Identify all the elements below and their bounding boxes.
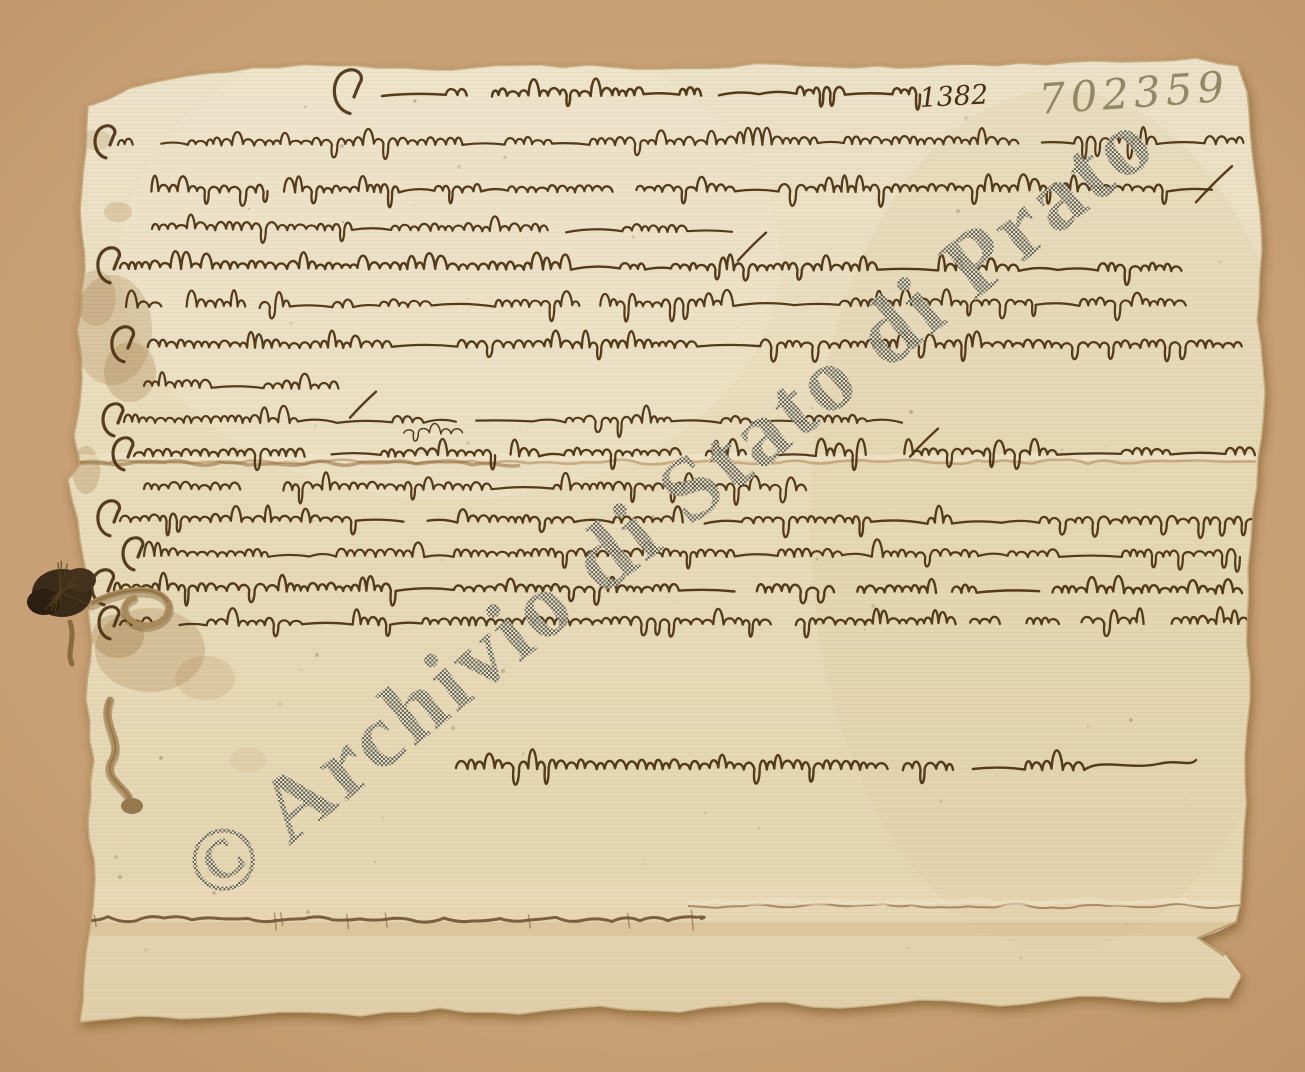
stain xyxy=(104,202,132,222)
date-year-text: 1382 xyxy=(919,79,989,114)
letter-paper: 1382 702359 © Archivio di Stato di Prato xyxy=(60,20,1305,1040)
thread-stub xyxy=(70,622,72,664)
manuscript-scan-page: 1382 702359 © Archivio di Stato di Prato xyxy=(0,0,1305,1072)
thread-end-tuft xyxy=(121,798,143,814)
stain xyxy=(175,656,235,700)
manuscript-scan: 1382 702359 © Archivio di Stato di Prato xyxy=(0,0,1305,1072)
